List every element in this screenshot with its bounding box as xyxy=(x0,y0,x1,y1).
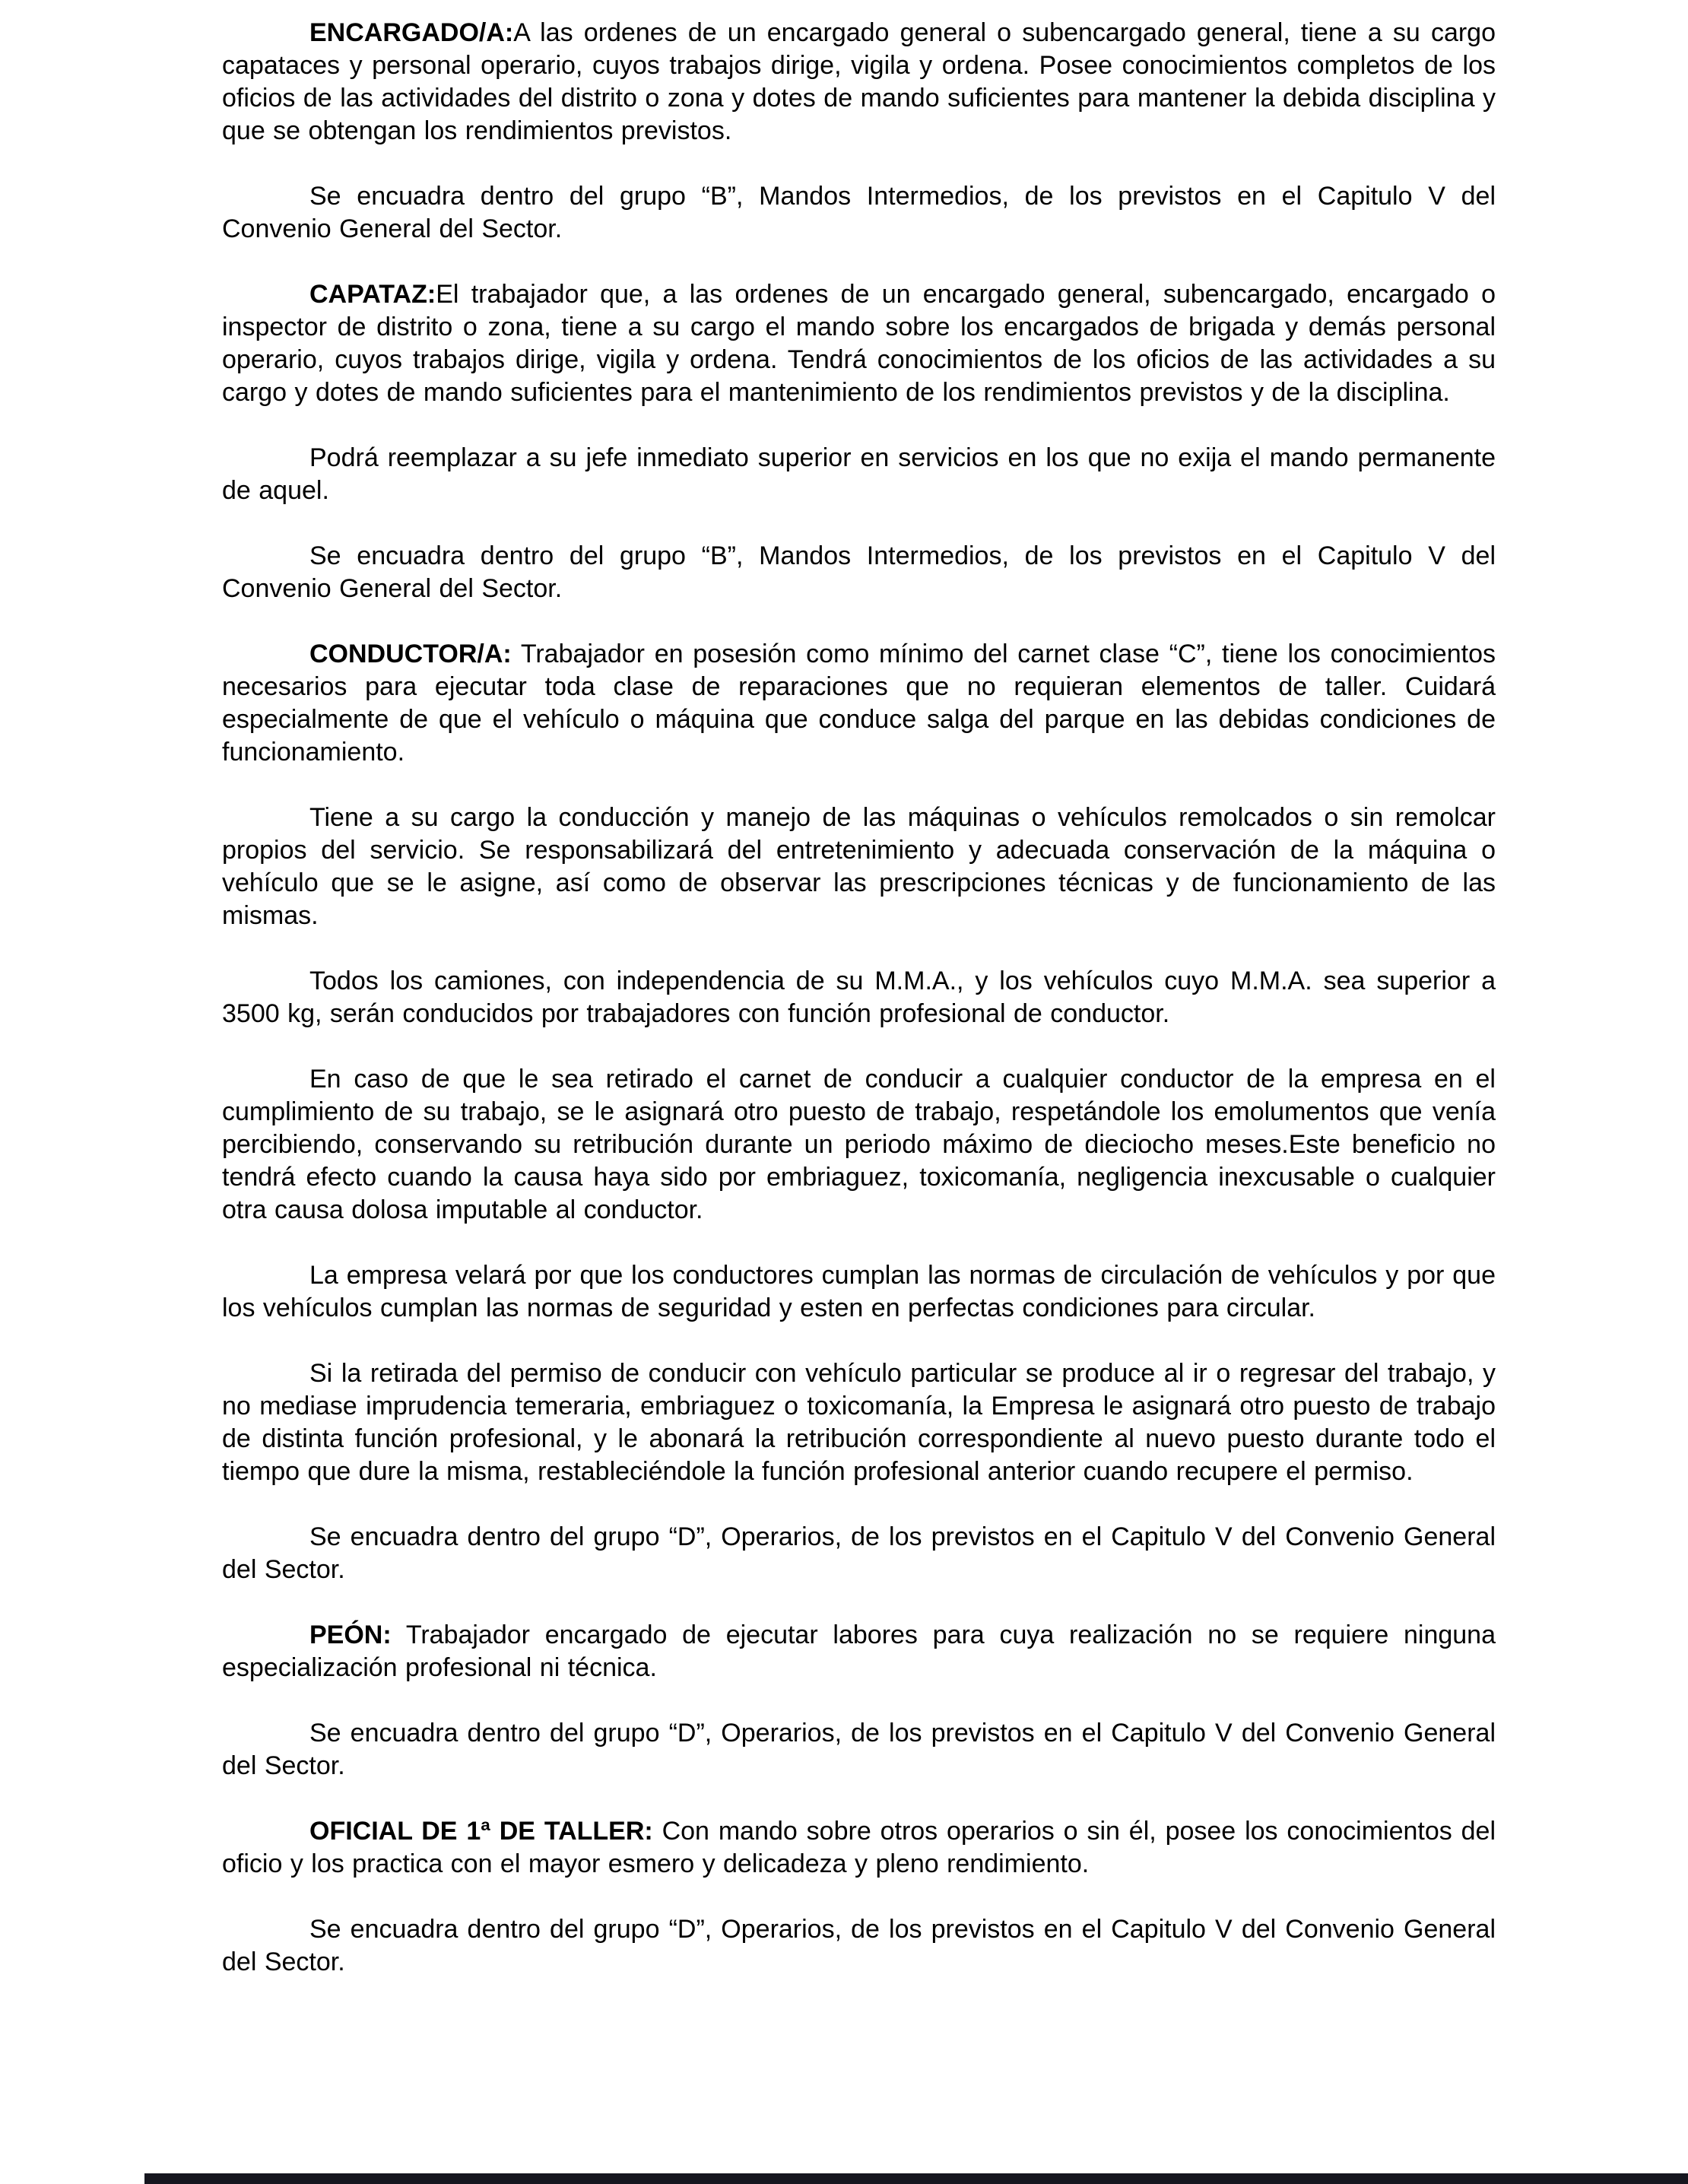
paragraph: Podrá reemplazar a su jefe inmediato sup… xyxy=(222,442,1496,507)
paragraph: Si la retirada del permiso de conducir c… xyxy=(222,1357,1496,1488)
paragraph-text: Tiene a su cargo la conducción y manejo … xyxy=(222,803,1496,930)
paragraph: La empresa velará por que los conductore… xyxy=(222,1259,1496,1325)
paragraph: Se encuadra dentro del grupo “D”, Operar… xyxy=(222,1913,1496,1979)
paragraph: Tiene a su cargo la conducción y manejo … xyxy=(222,802,1496,932)
paragraph-text: La empresa velará por que los conductore… xyxy=(222,1261,1496,1322)
paragraph-text: Trabajador encargado de ejecutar labores… xyxy=(222,1621,1496,1682)
bottom-edge-bar xyxy=(144,2173,1688,2184)
term-label: CAPATAZ: xyxy=(309,280,436,309)
paragraph: Se encuadra dentro del grupo “D”, Operar… xyxy=(222,1521,1496,1586)
paragraph: Todos los camiones, con independencia de… xyxy=(222,965,1496,1030)
document-body: ENCARGADO/A:A las ordenes de un encargad… xyxy=(222,17,1496,2011)
paragraph-text: Se encuadra dentro del grupo “D”, Operar… xyxy=(222,1915,1496,1976)
paragraph: PEÓN: Trabajador encargado de ejecutar l… xyxy=(222,1619,1496,1684)
paragraph-text: Se encuadra dentro del grupo “B”, Mandos… xyxy=(222,182,1496,243)
paragraph-text: En caso de que le sea retirado el carnet… xyxy=(222,1065,1496,1224)
paragraph: Se encuadra dentro del grupo “D”, Operar… xyxy=(222,1717,1496,1782)
paragraph-text: Podrá reemplazar a su jefe inmediato sup… xyxy=(222,443,1496,505)
paragraph-text: Se encuadra dentro del grupo “B”, Mandos… xyxy=(222,541,1496,603)
paragraph: Se encuadra dentro del grupo “B”, Mandos… xyxy=(222,180,1496,246)
paragraph: CAPATAZ:El trabajador que, a las ordenes… xyxy=(222,278,1496,409)
term-label: ENCARGADO/A: xyxy=(309,18,513,47)
paragraph-text: Se encuadra dentro del grupo “D”, Operar… xyxy=(222,1719,1496,1780)
paragraph-text: Todos los camiones, con independencia de… xyxy=(222,967,1496,1028)
paragraph-text: Se encuadra dentro del grupo “D”, Operar… xyxy=(222,1522,1496,1584)
document-page: { "page": { "background": "#ffffff", "te… xyxy=(0,0,1688,2184)
term-label: PEÓN: xyxy=(309,1621,392,1649)
term-label: OFICIAL DE 1ª DE TALLER: xyxy=(309,1817,653,1846)
paragraph: CONDUCTOR/A: Trabajador en posesión como… xyxy=(222,638,1496,769)
paragraph: OFICIAL DE 1ª DE TALLER: Con mando sobre… xyxy=(222,1815,1496,1881)
term-label: CONDUCTOR/A: xyxy=(309,640,512,668)
paragraph: En caso de que le sea retirado el carnet… xyxy=(222,1063,1496,1227)
paragraph-text: Si la retirada del permiso de conducir c… xyxy=(222,1359,1496,1486)
paragraph: Se encuadra dentro del grupo “B”, Mandos… xyxy=(222,540,1496,605)
paragraph: ENCARGADO/A:A las ordenes de un encargad… xyxy=(222,17,1496,148)
